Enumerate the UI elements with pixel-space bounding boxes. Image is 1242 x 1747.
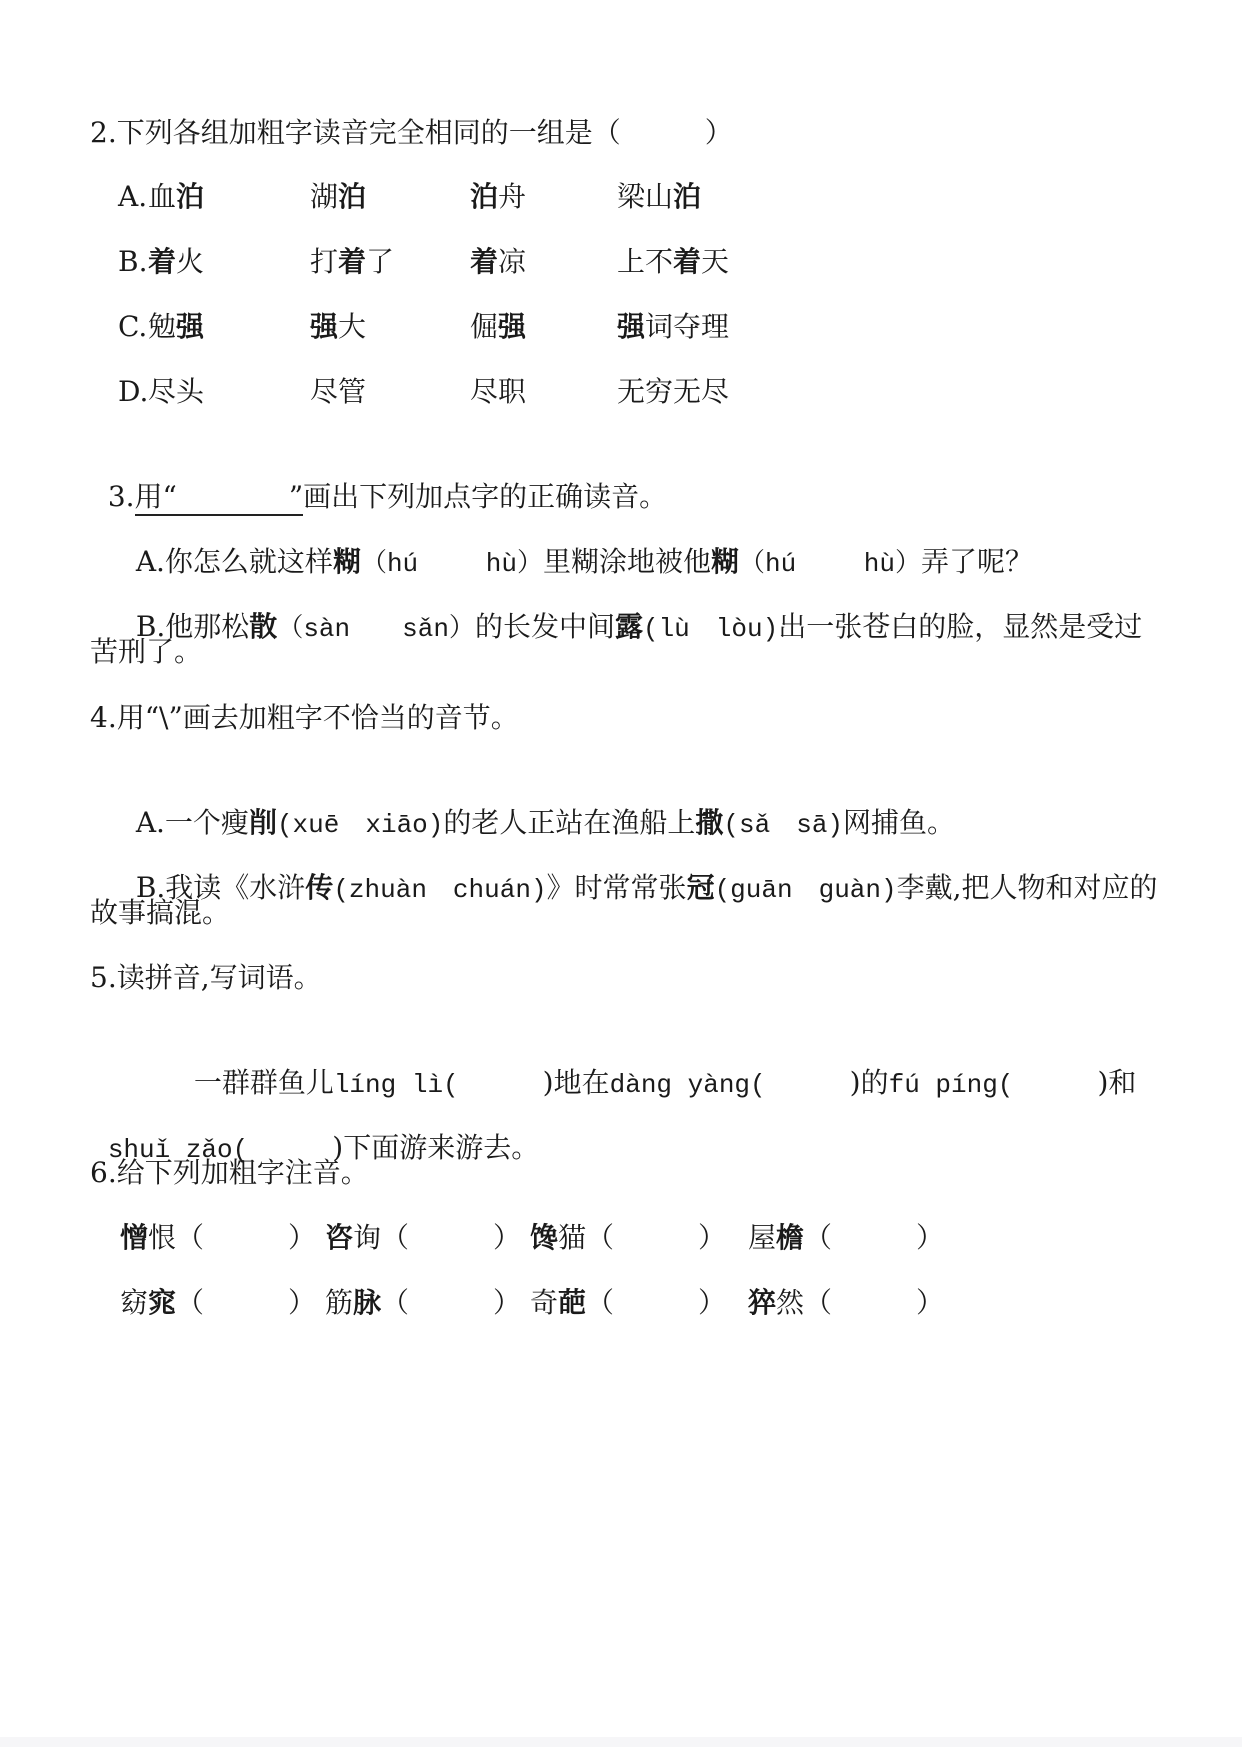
bold-char: 檐	[776, 1221, 804, 1254]
bold-char: 泊	[338, 180, 366, 213]
q2-option-word: 着火	[148, 242, 204, 282]
answer-blank[interactable]: （ ）	[586, 1286, 726, 1319]
word-post: 火	[176, 245, 204, 278]
q4-item-b: B.我读《水浒传(zhuàn chuán)》时常常张冠(guān guàn)李戴…	[118, 828, 1158, 868]
q2-row-c: C. 勉强 强大 倔强 强词夺理	[0, 307, 18, 347]
word-pre: 勉	[148, 310, 176, 343]
answer-blank[interactable]: （ ）	[381, 1221, 521, 1254]
q3-title: 3.用“ ”画出下列加点字的正确读音。	[90, 437, 667, 477]
text: 李戴,把人物和对应的	[897, 871, 1158, 904]
word-pre: 梁山	[617, 180, 673, 213]
answer-blank[interactable]	[766, 1063, 850, 1103]
q6-item: 馋猫（ ）	[530, 1218, 726, 1258]
bold-char: 强	[617, 310, 645, 343]
bold-char: 馋	[530, 1221, 558, 1254]
bold-char: 脉	[353, 1286, 381, 1319]
q5-sentence-line2: shuǐ zǎo( )下面游来游去。	[90, 1088, 539, 1128]
q4-item-a: A.一个瘦削(xuē xiāo)的老人正站在渔船上撒(sǎ sā)网捕鱼。	[118, 763, 955, 803]
word-pre: 上不	[617, 245, 673, 278]
word-post: 大	[338, 310, 366, 343]
bold-char: 着	[470, 245, 498, 278]
q2-row-label: A.	[118, 177, 147, 217]
word-post: 凉	[498, 245, 526, 278]
word-pre: 打	[310, 245, 338, 278]
text: 》时常常张	[547, 871, 687, 904]
q2-option-word: 血泊	[148, 177, 204, 217]
q2-option-word: 泊舟	[470, 177, 526, 217]
q2-row-d: D. 尽头 尽管 尽职 无穷无尽	[0, 372, 18, 412]
bold-char: 强	[310, 310, 338, 343]
page-bottom-edge	[0, 1737, 1242, 1747]
q2-option-word: 梁山泊	[617, 177, 701, 217]
q3-item-a: A.你怎么就这样糊（hú hù）里糊涂地被他糊（hú hù）弄了呢？	[118, 502, 1033, 542]
q2-option-word: 强词夺理	[617, 307, 729, 347]
pinyin: fú píng(	[889, 1070, 1014, 1100]
bold-char: 窕	[148, 1286, 176, 1319]
answer-blank[interactable]: （ ）	[586, 1221, 726, 1254]
q5-sentence-line1: 一群群鱼儿líng lì( )地在dàng yàng( )的fú píng( )…	[176, 1023, 1136, 1063]
q6-item: 奇葩（ ）	[530, 1283, 726, 1323]
word-post: 词夺理	[645, 310, 729, 343]
answer-blank[interactable]: （ ）	[804, 1286, 944, 1319]
bold-char: 着	[148, 245, 176, 278]
q2-option-word: 上不着天	[617, 242, 729, 282]
bold-char: 憎	[120, 1221, 148, 1254]
bold-char: 咨	[325, 1221, 353, 1254]
q3-item-b-continued: 苦刑了。	[90, 632, 202, 672]
text: )地在	[543, 1066, 610, 1099]
bold-char: 强	[498, 310, 526, 343]
q2-row-label: B.	[118, 242, 147, 282]
word-post: 天	[701, 245, 729, 278]
q6-row-1: 憎恨（ ） 咨询（ ） 馋猫（ ） 屋檐（ ）	[0, 1218, 18, 1258]
text: )的	[850, 1066, 889, 1099]
q2-option-word: 湖泊	[310, 177, 366, 217]
q2-row-a: A. 血泊 湖泊 泊舟 梁山泊	[0, 177, 18, 217]
q5-title: 5.读拼音,写词语。	[90, 958, 322, 998]
q2-option-word: 勉强	[148, 307, 204, 347]
word-post: 舟	[498, 180, 526, 213]
q2-option-word: 着凉	[470, 242, 526, 282]
bold-char: 葩	[558, 1286, 586, 1319]
bold-char: 露	[615, 610, 643, 643]
bold-char: 散	[249, 610, 277, 643]
text: 的长发中间	[475, 610, 615, 643]
q2-option-word: 打着了	[310, 242, 394, 282]
q2-option-word: 无穷无尽	[617, 372, 729, 412]
word-pre: 倔	[470, 310, 498, 343]
answer-blank[interactable]	[1013, 1063, 1097, 1103]
bold-char: 着	[673, 245, 701, 278]
answer-blank[interactable]: （ ）	[804, 1221, 944, 1254]
q2-title: 2.下列各组加粗字读音完全相同的一组是（ ）	[90, 113, 733, 153]
bold-char: 冠	[687, 871, 715, 904]
bold-char: 传	[305, 871, 333, 904]
q2-row-label: D.	[118, 372, 148, 412]
pinyin-options[interactable]: (zhuàn chuán)	[333, 875, 546, 905]
pinyin-options[interactable]: (guān guàn)	[715, 875, 897, 905]
q2-option-word: 强大	[310, 307, 366, 347]
q6-title: 6.给下列加粗字注音。	[90, 1153, 369, 1193]
word-pre: 湖	[310, 180, 338, 213]
q6-item: 憎恨（ ）	[120, 1218, 316, 1258]
q2-row-label: C.	[118, 307, 147, 347]
q2-option-word: 倔强	[470, 307, 526, 347]
q2-option-word: 尽职	[470, 372, 526, 412]
q2-row-b: B. 着火 打着了 着凉 上不着天	[0, 242, 18, 282]
q6-item: 猝然（ ）	[748, 1283, 944, 1323]
text: )和	[1097, 1066, 1136, 1099]
q6-row-2: 窈窕（ ） 筋脉（ ） 奇葩（ ） 猝然（ ）	[0, 1283, 18, 1323]
q4-title: 4.用“\”画去加粗字不恰当的音节。	[90, 698, 519, 738]
q6-item: 筋脉（ ）	[325, 1283, 521, 1323]
q2-option-word: 尽管	[310, 372, 366, 412]
word-post: 了	[366, 245, 394, 278]
q4-item-b-continued: 故事搞混。	[90, 893, 230, 933]
q6-item: 屋檐（ ）	[748, 1218, 944, 1258]
answer-blank[interactable]: （ ）	[176, 1286, 316, 1319]
q2-option-word: 尽头	[148, 372, 204, 412]
bold-char: 强	[176, 310, 204, 343]
bold-char: 着	[338, 245, 366, 278]
bold-char: 泊	[176, 180, 204, 213]
bold-char: 泊	[470, 180, 498, 213]
text: 出一张苍白的脸，显然是受过	[778, 610, 1142, 643]
q3-item-b: B.他那松散（sàn sǎn）的长发中间露(lù lòu)出一张苍白的脸，显然是…	[118, 567, 1142, 607]
answer-blank[interactable]: （ ）	[381, 1286, 521, 1319]
bold-char: 猝	[748, 1286, 776, 1319]
word-pre: 血	[148, 180, 176, 213]
answer-blank[interactable]: （ ）	[176, 1221, 316, 1254]
q6-item: 窈窕（ ）	[120, 1283, 316, 1323]
pinyin-options[interactable]: (lù lòu)	[643, 614, 778, 644]
pinyin-options[interactable]: （sàn sǎn）	[277, 614, 475, 644]
pinyin: dàng yàng(	[610, 1070, 766, 1100]
bold-char: 泊	[673, 180, 701, 213]
q6-item: 咨询（ ）	[325, 1218, 521, 1258]
